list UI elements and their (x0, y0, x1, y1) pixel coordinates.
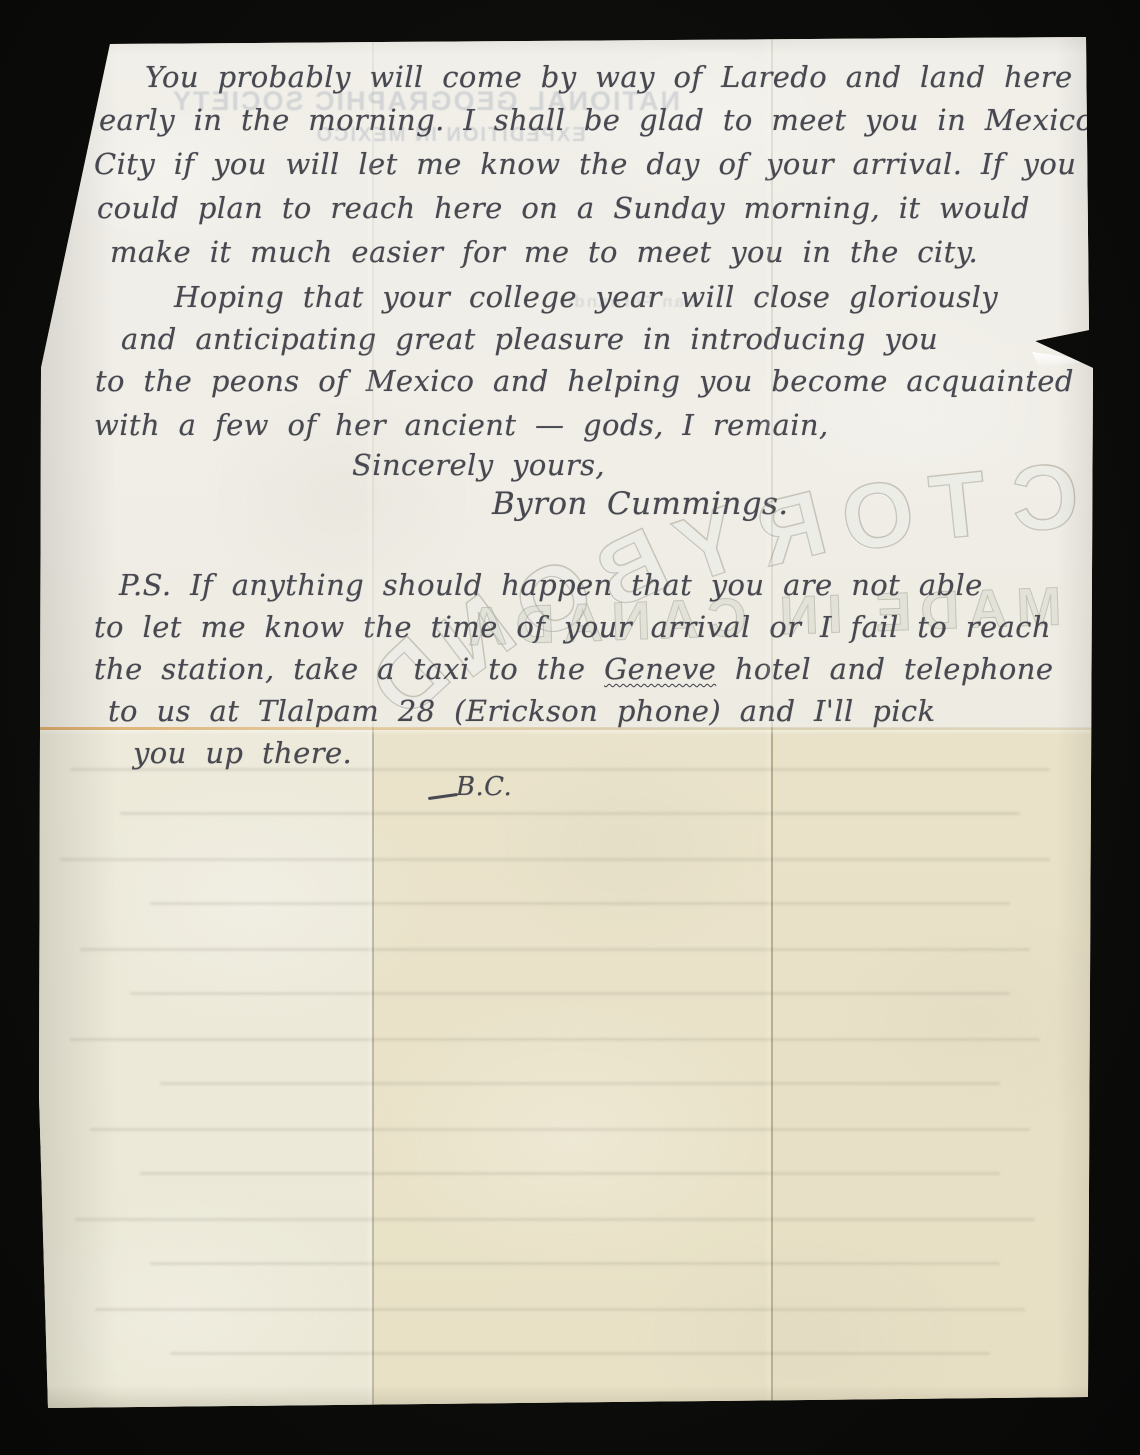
letter-postscript-initials: B.C. (456, 772, 512, 802)
paper-edge-shadow-left (36, 0, 116, 1455)
letter-line: to the peons of Mexico and helping you b… (95, 364, 1074, 398)
watermark-letter: T (925, 457, 991, 554)
bleedthrough-line (90, 1128, 1030, 1131)
letter-line: could plan to reach here on a Sunday mor… (97, 191, 1030, 225)
letter-line: with a few of her ancient — gods, I rema… (94, 408, 829, 442)
letter-closing: Sincerely yours, (352, 448, 605, 482)
letter-line: the station, take a taxi to the Geneve h… (94, 652, 1053, 686)
paper-edge-shadow-bottom (0, 1385, 1140, 1415)
bleedthrough-line (70, 1038, 1040, 1041)
bleedthrough-line (170, 1352, 990, 1355)
bleedthrough-line (140, 1172, 1000, 1175)
bleedthrough-line (130, 992, 1010, 995)
letter-line: You probably will come by way of Laredo … (145, 60, 1073, 94)
letter-line-segment: hotel and telephone (716, 652, 1053, 686)
bleedthrough-line (60, 858, 1050, 861)
bleedthrough-line (70, 768, 1050, 771)
bleedthrough-line (160, 1082, 1000, 1085)
paper-edge-shadow-right (1056, 0, 1096, 1455)
letter-line: Hoping that your college year will close… (174, 280, 998, 314)
bleedthrough-line (150, 902, 1010, 905)
letter-line: and anticipating great pleasure in intro… (121, 322, 938, 356)
letter-line: City if you will let me know the day of … (94, 147, 1076, 181)
bleedthrough-line (80, 948, 1030, 951)
letter-signature: Byron Cummings. (492, 486, 789, 522)
paper-edge-shadow-top (0, 36, 1140, 54)
letter-line: early in the morning. I shall be glad to… (99, 103, 1093, 137)
bleedthrough-line (150, 1262, 1000, 1265)
hotel-name-underlined: Geneve (604, 652, 716, 686)
bleedthrough-line (75, 1218, 1035, 1221)
letter-line: to let me know the time of your arrival … (94, 610, 1051, 644)
bleedthrough-line (120, 812, 1020, 815)
horizontal-fold-crease (39, 727, 1093, 730)
letter-line: make it much easier for me to meet you i… (110, 235, 978, 269)
letter-line-segment: the station, take a taxi to the (94, 652, 604, 686)
letter-line: you up there. (133, 736, 352, 770)
bleedthrough-line (95, 1308, 1025, 1311)
letter-paper: NATIONAL GEOGRAPHIC SOCIETY EXPEDITION I… (0, 0, 1140, 1455)
letter-line: P.S. If anything should happen that you … (119, 568, 983, 602)
letter-line: to us at Tlalpam 28 (Erickson phone) and… (108, 694, 936, 728)
scan-background: NATIONAL GEOGRAPHIC SOCIETY EXPEDITION I… (0, 0, 1140, 1455)
